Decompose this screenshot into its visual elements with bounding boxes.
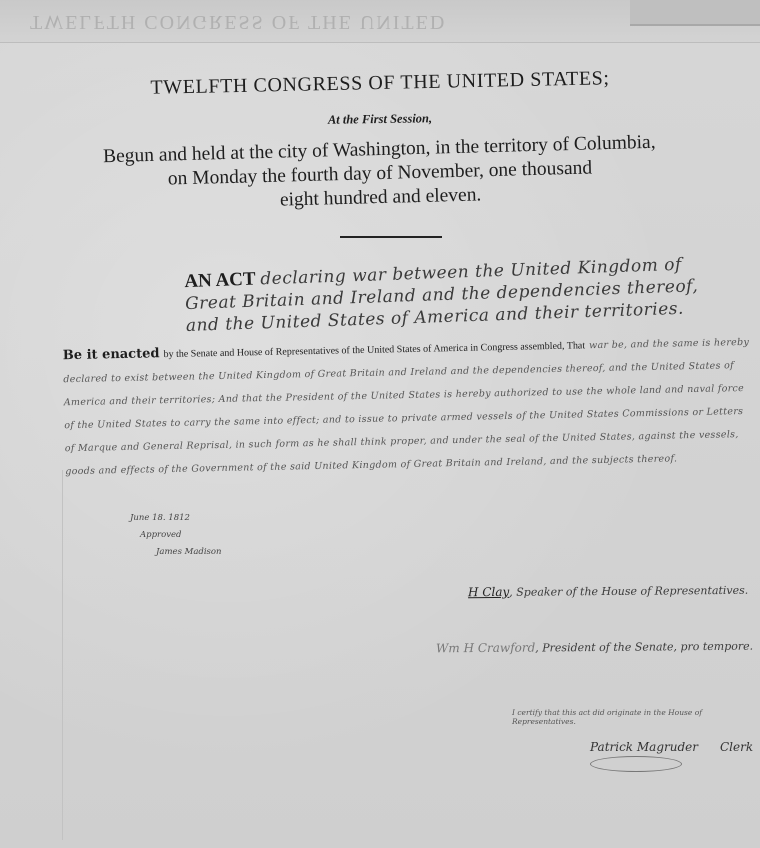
document-page: TWELFTH CONGRESS OF THE UNITED TWELFTH C… [0,0,760,848]
convening-statement: Begun and held at the city of Washington… [94,131,666,218]
approval-note: June 18. 1812 Approved James Madison [130,510,222,561]
bleed-through-text: TWELFTH CONGRESS OF THE UNITED [30,10,446,33]
certification-note: I certify that this act did originate in… [512,708,760,726]
document-title: TWELFTH CONGRESS OF THE UNITED STATES; [0,64,760,103]
act-title-handwritten: declaring war between the United Kingdom… [185,255,699,336]
speaker-name: H Clay [468,585,509,599]
approval-signer: James Madison [130,544,222,561]
signature-flourish [590,756,682,772]
clerk-name: Patrick Magruder [590,740,698,754]
president-title: , President of the Senate, pro tempore. [535,640,753,655]
approval-date: June 18. 1812 [130,510,222,527]
enactment-printed: by the Senate and House of Representativ… [163,340,585,360]
clerk-signature: Patrick Magruder Clerk [590,740,698,772]
president-name: Wm H Crawford [436,641,535,656]
section-divider [340,236,442,238]
session-heading: At the First Session, [0,107,760,133]
clerk-title: Clerk [720,740,753,754]
enactment-clause: Be it enacted by the Senate and House of… [63,331,756,483]
enactment-lead: Be it enacted [63,346,160,363]
act-title: AN ACT declaring war between the United … [184,253,706,337]
speaker-signature: H Clay, Speaker of the House of Represen… [468,583,748,599]
margin-rule [62,470,63,840]
act-lead: AN ACT [184,269,256,292]
speaker-title: , Speaker of the House of Representative… [509,584,748,599]
paper-fold [630,0,760,26]
approval-status: Approved [130,527,222,544]
president-signature: Wm H Crawford, President of the Senate, … [436,639,753,656]
